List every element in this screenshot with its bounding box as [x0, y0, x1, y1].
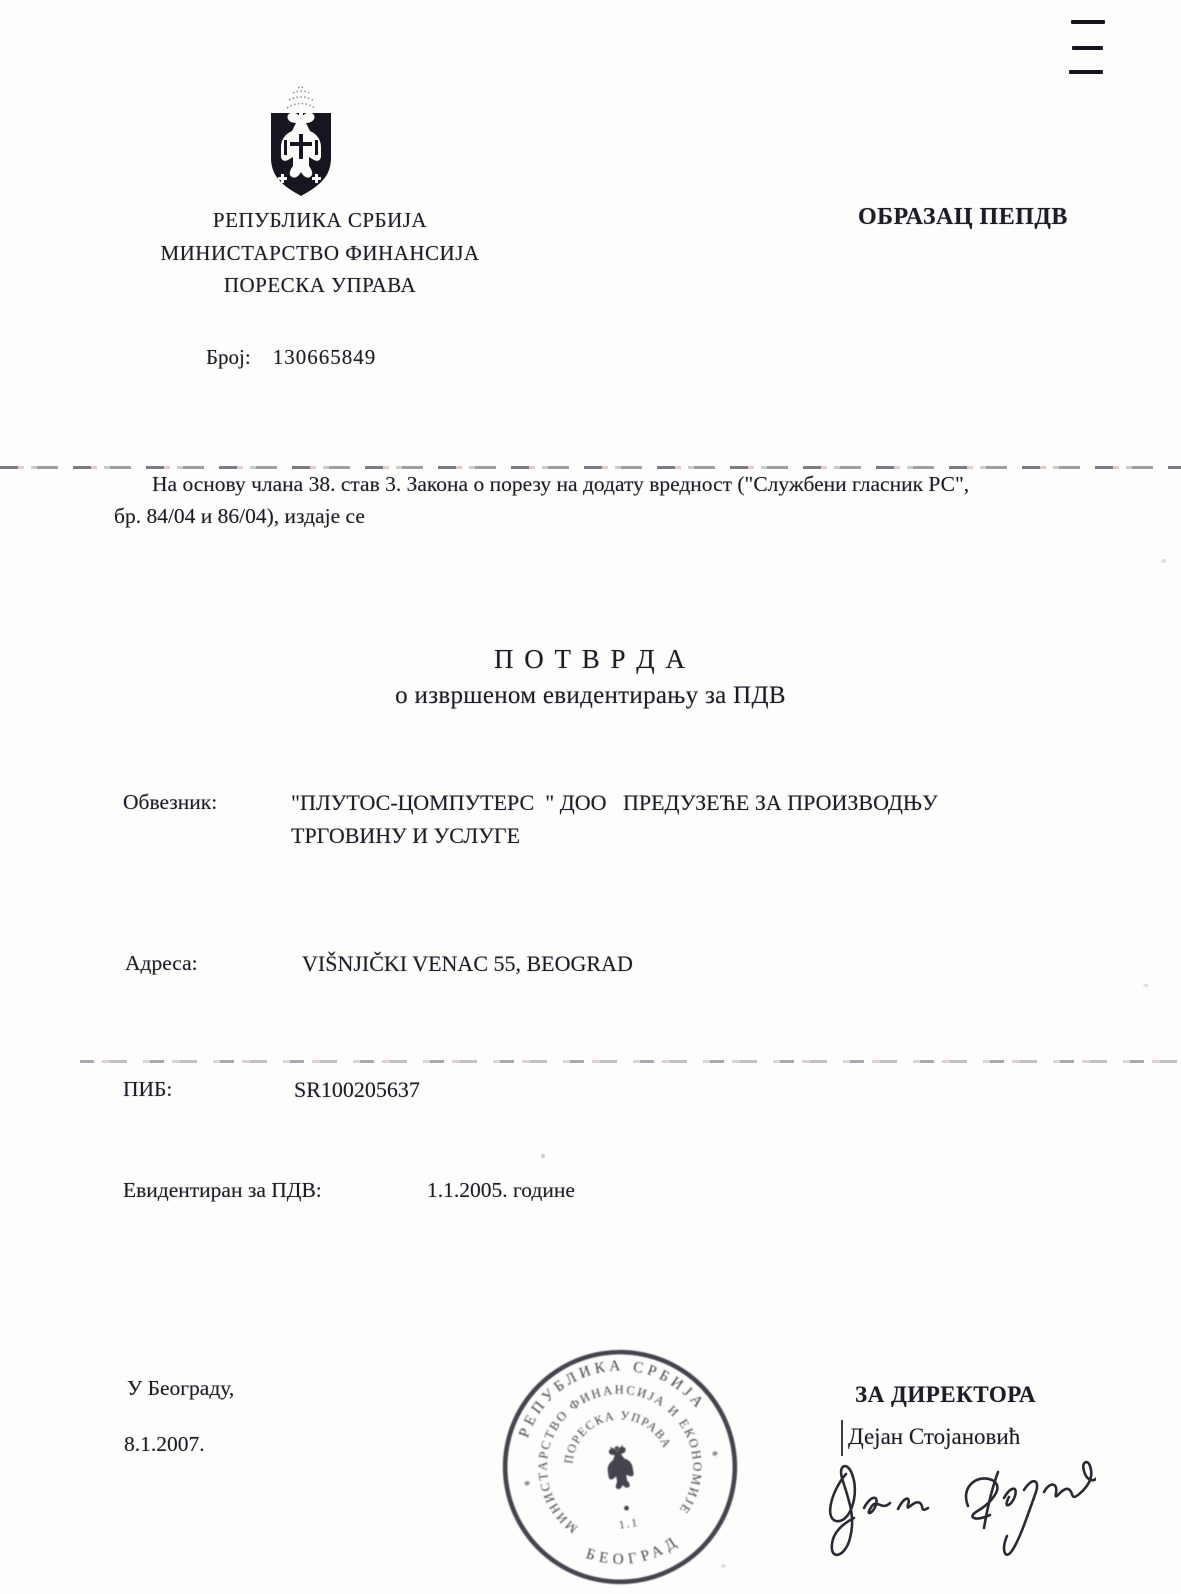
intro-line-1: На основу члана 38. став 3. Закона о пор…: [152, 472, 969, 497]
scan-artifact-line-top: [0, 466, 1181, 469]
scanned-certificate-page: РЕПУБЛИКА СРБИЈА МИНИСТАРСТВО ФИНАНСИЈА …: [0, 0, 1181, 1594]
footer-place: У Београду,: [127, 1376, 234, 1401]
official-stamp-seal: РЕПУБЛИКА СРБИЈА БЕОГРАД МИНИСТАРСТВО ФИ…: [498, 1343, 742, 1591]
field-row-pib: ПИБ: SR100205637: [123, 1077, 172, 1102]
corner-dash-2: [1072, 46, 1103, 50]
field-label-address: Адреса:: [125, 951, 198, 975]
document-title: П О Т В Р Д А: [0, 644, 1181, 675]
corner-dash-1: [1071, 20, 1105, 24]
gov-header: РЕПУБЛИКА СРБИЈА МИНИСТАРСТВО ФИНАНСИЈА …: [105, 204, 535, 302]
document-number-value: 130665849: [273, 345, 377, 369]
gov-header-republic: РЕПУБЛИКА СРБИЈА: [105, 204, 535, 237]
field-value-address: VIŠNJIČKI VENAC 55, BEOGRAD: [302, 951, 633, 977]
scan-speck: [1143, 984, 1149, 987]
field-label-pib: ПИБ:: [123, 1077, 172, 1101]
stamp-star-left: *: [523, 1477, 532, 1493]
footer-date: 8.1.2007.: [124, 1432, 205, 1457]
field-value-taxpayer-line1: "ПЛУТОС-ЦОМПУТЕРС " ДОО ПРЕДУЗЕЋЕ ЗА ПРО…: [291, 790, 938, 816]
document-number-line: Број:130665849: [185, 320, 376, 395]
stamp-star-right: *: [711, 1448, 720, 1464]
stamp-center-dot: [624, 1505, 630, 1511]
signed-for-label: ЗА ДИРЕКТОРА: [855, 1382, 1036, 1408]
document-number-label: Број:: [206, 345, 251, 369]
field-value-pib: SR100205637: [294, 1077, 420, 1103]
field-label-taxpayer: Обвезник:: [123, 790, 217, 814]
field-value-taxpayer-line2: ТРГОВИНУ И УСЛУГЕ: [291, 823, 520, 849]
corner-dash-3: [1069, 70, 1103, 74]
form-code: ОБРАЗАЦ ПЕПДВ: [858, 204, 1068, 231]
scan-artifact-line-middle: [80, 1060, 1181, 1063]
document-subtitle: о извршеном евидентирању за ПДВ: [0, 682, 1181, 710]
intro-line-2: бр. 84/04 и 86/04), издаје се: [114, 504, 365, 529]
scan-speck: [1161, 559, 1166, 563]
field-row-taxpayer: Обвезник: "ПЛУТОС-ЦОМПУТЕРС " ДОО ПРЕДУЗ…: [123, 790, 217, 815]
field-value-vat-registered: 1.1.2005. године: [427, 1178, 575, 1203]
stamp-eagle-icon: [604, 1444, 636, 1491]
gov-header-ministry: МИНИСТАРСТВО ФИНАНСИЈА: [105, 237, 535, 270]
handwritten-signature: [816, 1432, 1096, 1572]
field-label-vat-registered: Евидентиран за ПДВ:: [123, 1178, 322, 1202]
stamp-center-number: 1.1: [618, 1517, 640, 1532]
scan-speck: [541, 1154, 545, 1158]
field-row-address: Адреса: VIŠNJIČKI VENAC 55, BEOGRAD: [125, 951, 198, 976]
gov-header-tax-administration: ПОРЕСКА УПРАВА: [105, 269, 535, 302]
field-row-vat-registered: Евидентиран за ПДВ: 1.1.2005. године: [123, 1178, 322, 1203]
coat-of-arms-icon: [262, 86, 340, 210]
